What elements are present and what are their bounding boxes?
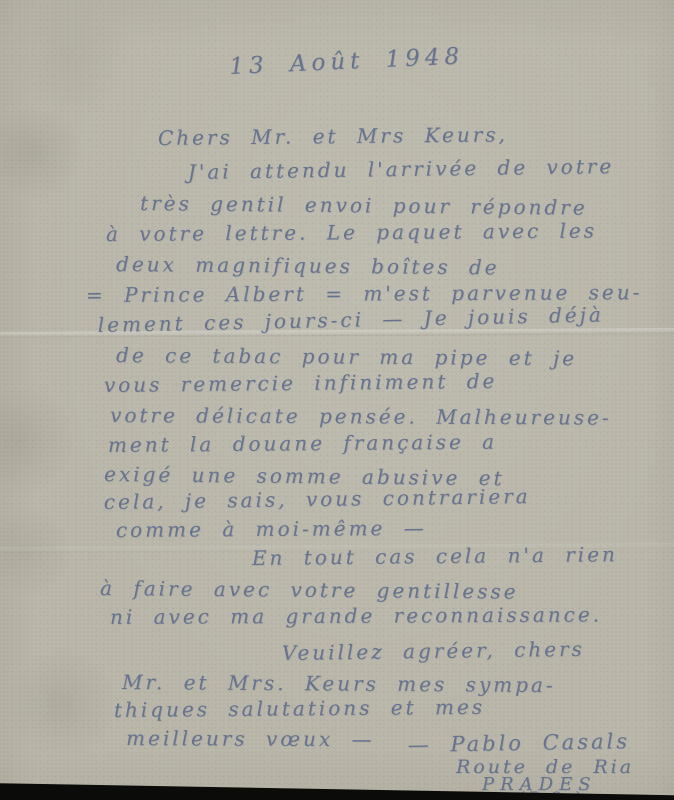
letter-body-line: vous remercie infiniment de <box>104 369 498 397</box>
letter-body-line: à faire avec votre gentillesse <box>100 576 519 604</box>
signature-name: — Pablo Casals <box>408 729 631 758</box>
letter-body-line: à votre lettre. Le paquet avec les <box>106 219 597 246</box>
letter-body-line: très gentil envoi pour répondre <box>140 191 588 220</box>
signature-address-line: (P.O.) <box>518 788 584 800</box>
letter-body-line: deux magnifiques boîtes de <box>116 252 500 279</box>
letter-page: 13 Août 1948 Chers Mr. et Mrs Keurs, J'a… <box>0 0 674 800</box>
letter-body-line: Mr. et Mrs. Keurs mes sympa- <box>122 670 556 697</box>
letter-date: 13 Août 1948 <box>229 43 465 81</box>
letter-body-line: lement ces jours-ci — Je jouis déjà <box>97 302 604 337</box>
letter-body-line: En tout cas cela n'a rien <box>252 542 618 570</box>
letter-body-line: cela, je sais, vous contrariera <box>104 484 531 514</box>
letter-body-line: ment la douane française a <box>108 430 497 457</box>
letter-body-line: Veuillez agréer, chers <box>282 637 585 665</box>
letter-salutation: Chers Mr. et Mrs Keurs, <box>158 122 508 150</box>
letter-body-line: votre délicate pensée. Malheureuse- <box>110 403 612 430</box>
scanned-letter: 13 Août 1948 Chers Mr. et Mrs Keurs, J'a… <box>0 0 674 800</box>
letter-body-line: comme à moi-même — <box>116 516 427 542</box>
letter-body-line: J'ai attendu l'arrivée de votre <box>188 154 615 184</box>
letter-body-line: thiques salutations et mes <box>114 695 485 722</box>
letter-body-line: ni avec ma grande reconnaissance. <box>110 602 602 629</box>
letter-body-line: meilleurs vœux — <box>126 726 375 751</box>
letter-body-line: de ce tabac pour ma pipe et je <box>116 343 577 370</box>
